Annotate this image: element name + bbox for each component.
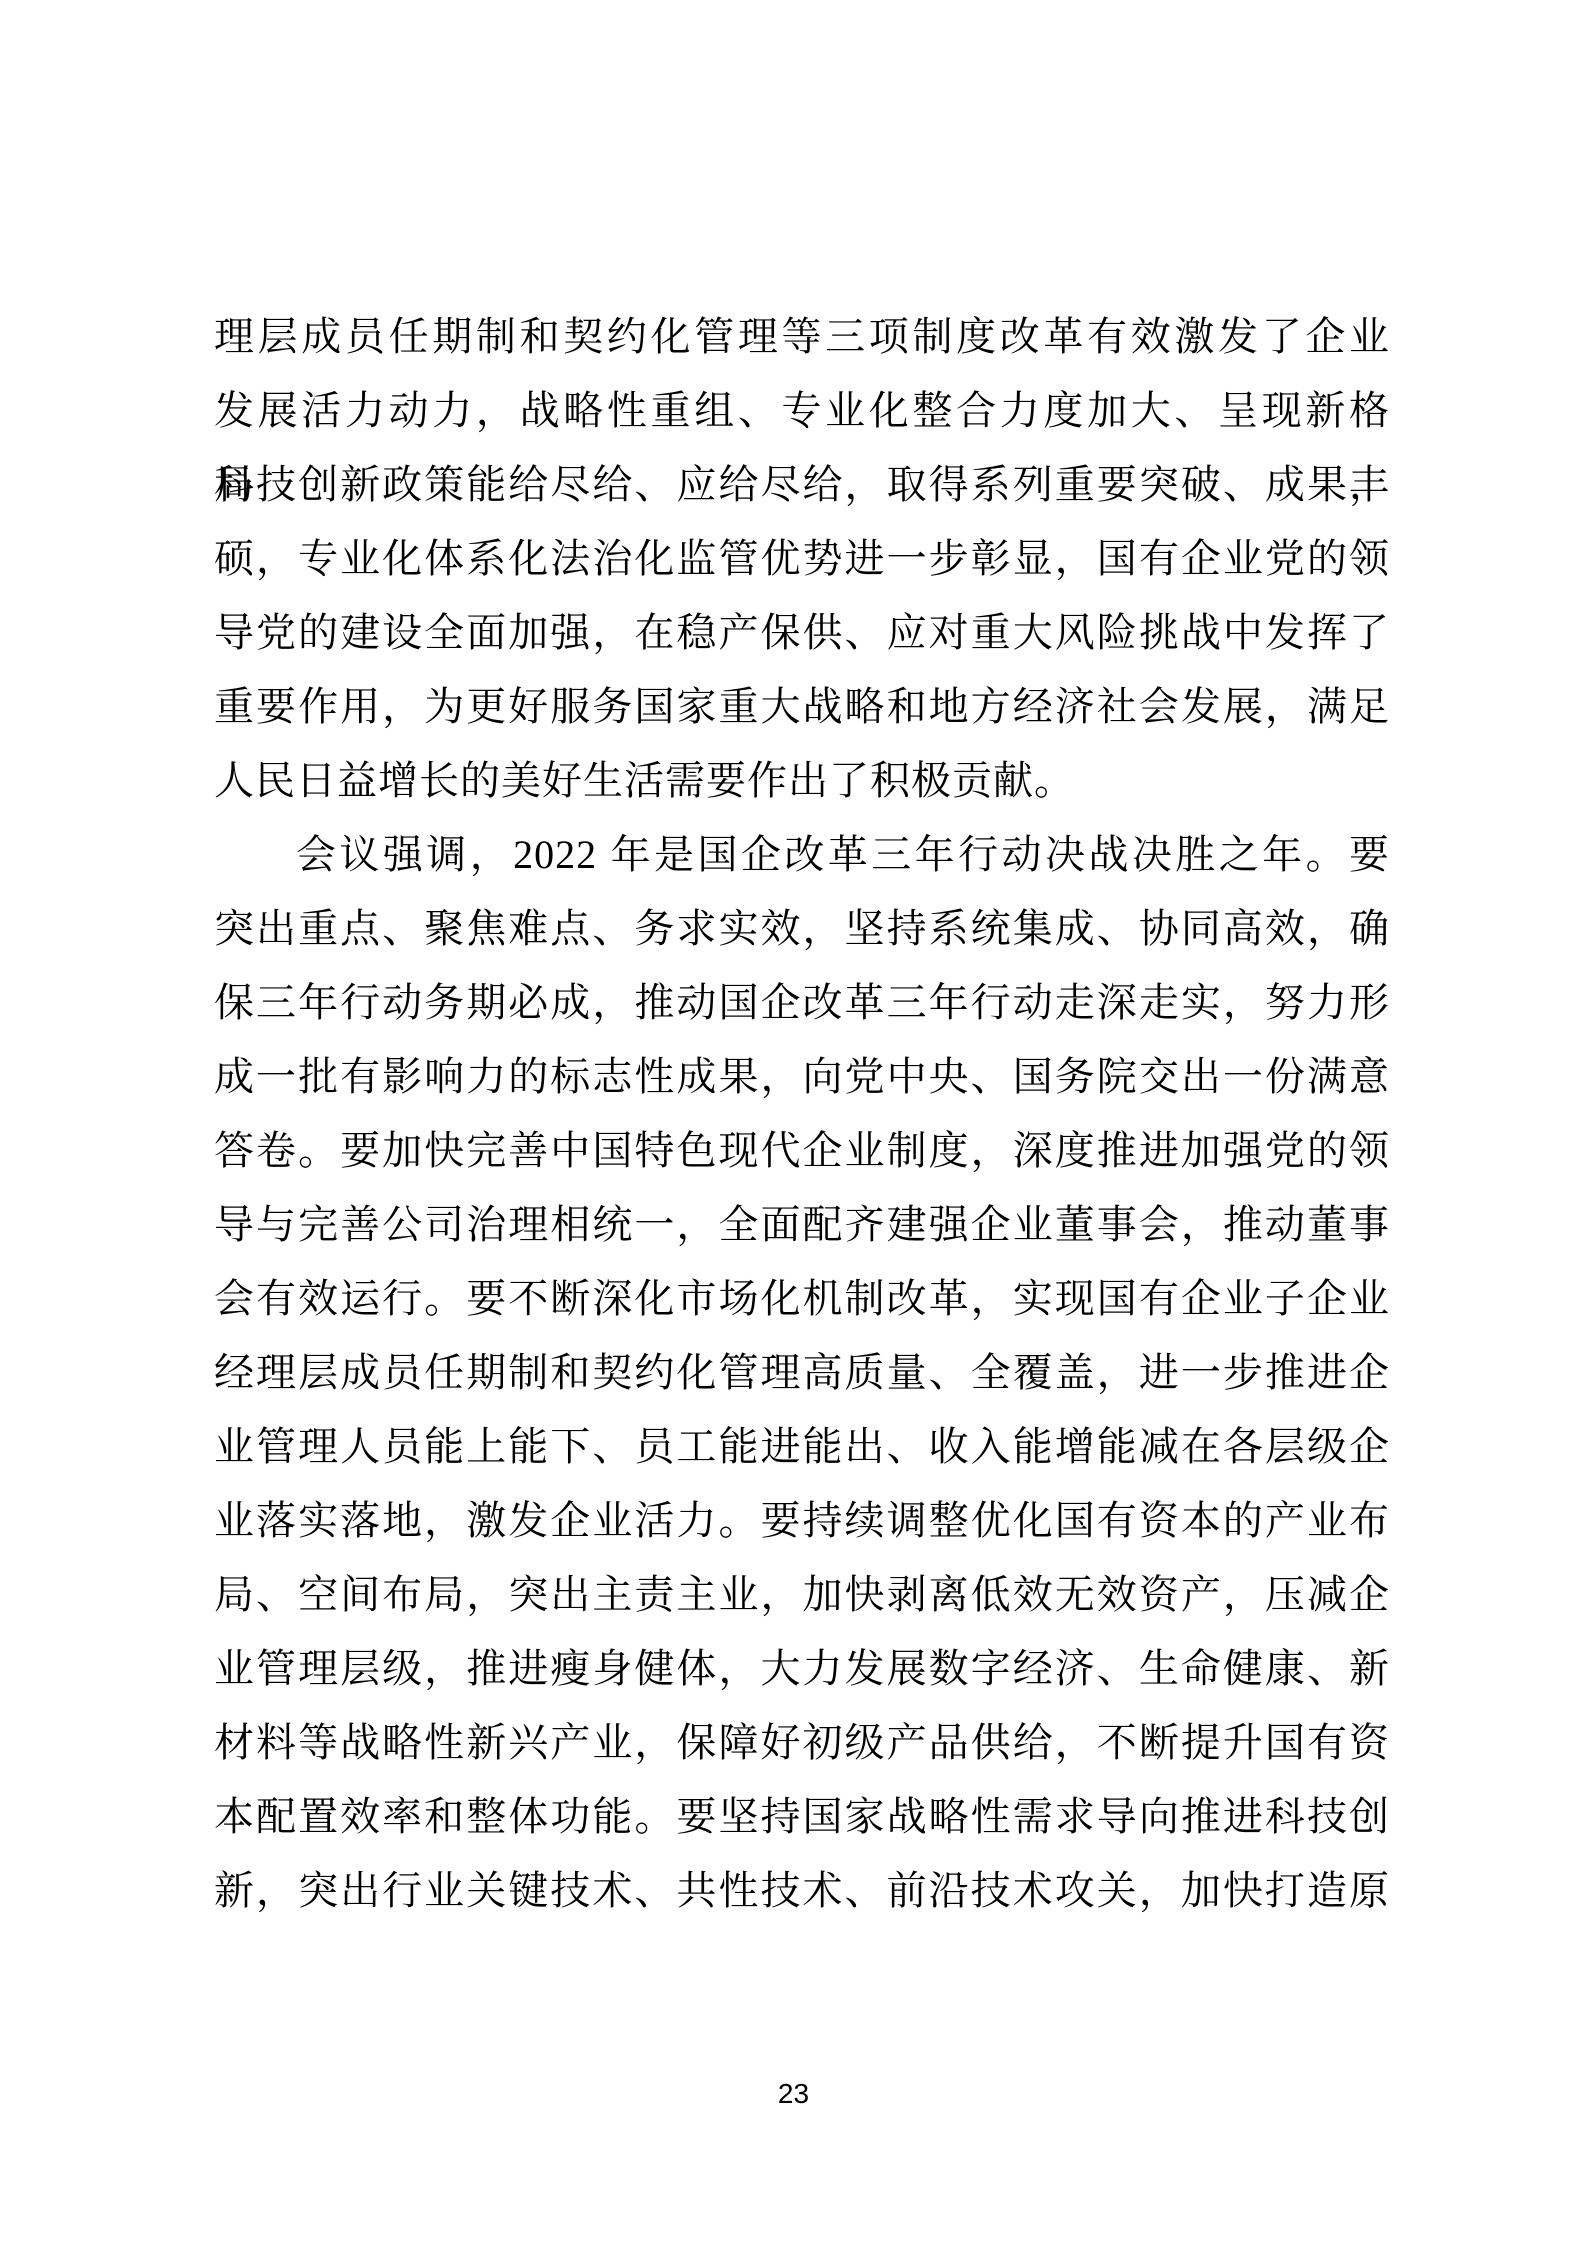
text-line: 会有效运行。要不断深化市场化机制改革，实现国有企业子企业 <box>214 1262 1390 1336</box>
paragraph-2: 会议强调，2022 年是国企改革三年行动决战决胜之年。要 突出重点、聚焦难点、务… <box>214 818 1390 1928</box>
text-line: 材料等战略性新兴产业，保障好初级产品供给，不断提升国有资 <box>214 1706 1390 1780</box>
text-line: 会议强调，2022 年是国企改革三年行动决战决胜之年。要 <box>214 818 1390 892</box>
document-page: 理层成员任期制和契约化管理等三项制度改革有效激发了企业 发展活力动力，战略性重组… <box>0 0 1587 2245</box>
body-text: 理层成员任期制和契约化管理等三项制度改革有效激发了企业 发展活力动力，战略性重组… <box>214 300 1390 1928</box>
text-line: 发展活力动力，战略性重组、专业化整合力度加大、呈现新格局， <box>214 374 1390 448</box>
text-line: 业管理人员能上能下、员工能进能出、收入能增能减在各层级企 <box>214 1410 1390 1484</box>
text-line: 局、空间布局，突出主责主业，加快剥离低效无效资产，压减企 <box>214 1558 1390 1632</box>
text-line: 业管理层级，推进瘦身健体，大力发展数字经济、生命健康、新 <box>214 1632 1390 1706</box>
text-line: 业落实落地，激发企业活力。要持续调整优化国有资本的产业布 <box>214 1484 1390 1558</box>
text-line: 导党的建设全面加强，在稳产保供、应对重大风险挑战中发挥了 <box>214 596 1390 670</box>
text-line: 突出重点、聚焦难点、务求实效，坚持系统集成、协同高效，确 <box>214 892 1390 966</box>
text-line: 答卷。要加快完善中国特色现代企业制度，深度推进加强党的领 <box>214 1114 1390 1188</box>
text-line: 重要作用，为更好服务国家重大战略和地方经济社会发展，满足 <box>214 670 1390 744</box>
page-number: 23 <box>0 2078 1587 2110</box>
text-line: 导与完善公司治理相统一，全面配齐建强企业董事会，推动董事 <box>214 1188 1390 1262</box>
text-line: 科技创新政策能给尽给、应给尽给，取得系列重要突破、成果丰 <box>214 448 1390 522</box>
text-line: 新，突出行业关键技术、共性技术、前沿技术攻关，加快打造原 <box>214 1854 1390 1928</box>
paragraph-1: 理层成员任期制和契约化管理等三项制度改革有效激发了企业 发展活力动力，战略性重组… <box>214 300 1390 818</box>
text-line: 保三年行动务期必成，推动国企改革三年行动走深走实，努力形 <box>214 966 1390 1040</box>
text-line: 人民日益增长的美好生活需要作出了积极贡献。 <box>214 744 1390 818</box>
text-line: 硕，专业化体系化法治化监管优势进一步彰显，国有企业党的领 <box>214 522 1390 596</box>
text-line: 本配置效率和整体功能。要坚持国家战略性需求导向推进科技创 <box>214 1780 1390 1854</box>
text-line: 理层成员任期制和契约化管理等三项制度改革有效激发了企业 <box>214 300 1390 374</box>
text-line: 成一批有影响力的标志性成果，向党中央、国务院交出一份满意 <box>214 1040 1390 1114</box>
text-line: 经理层成员任期制和契约化管理高质量、全覆盖，进一步推进企 <box>214 1336 1390 1410</box>
